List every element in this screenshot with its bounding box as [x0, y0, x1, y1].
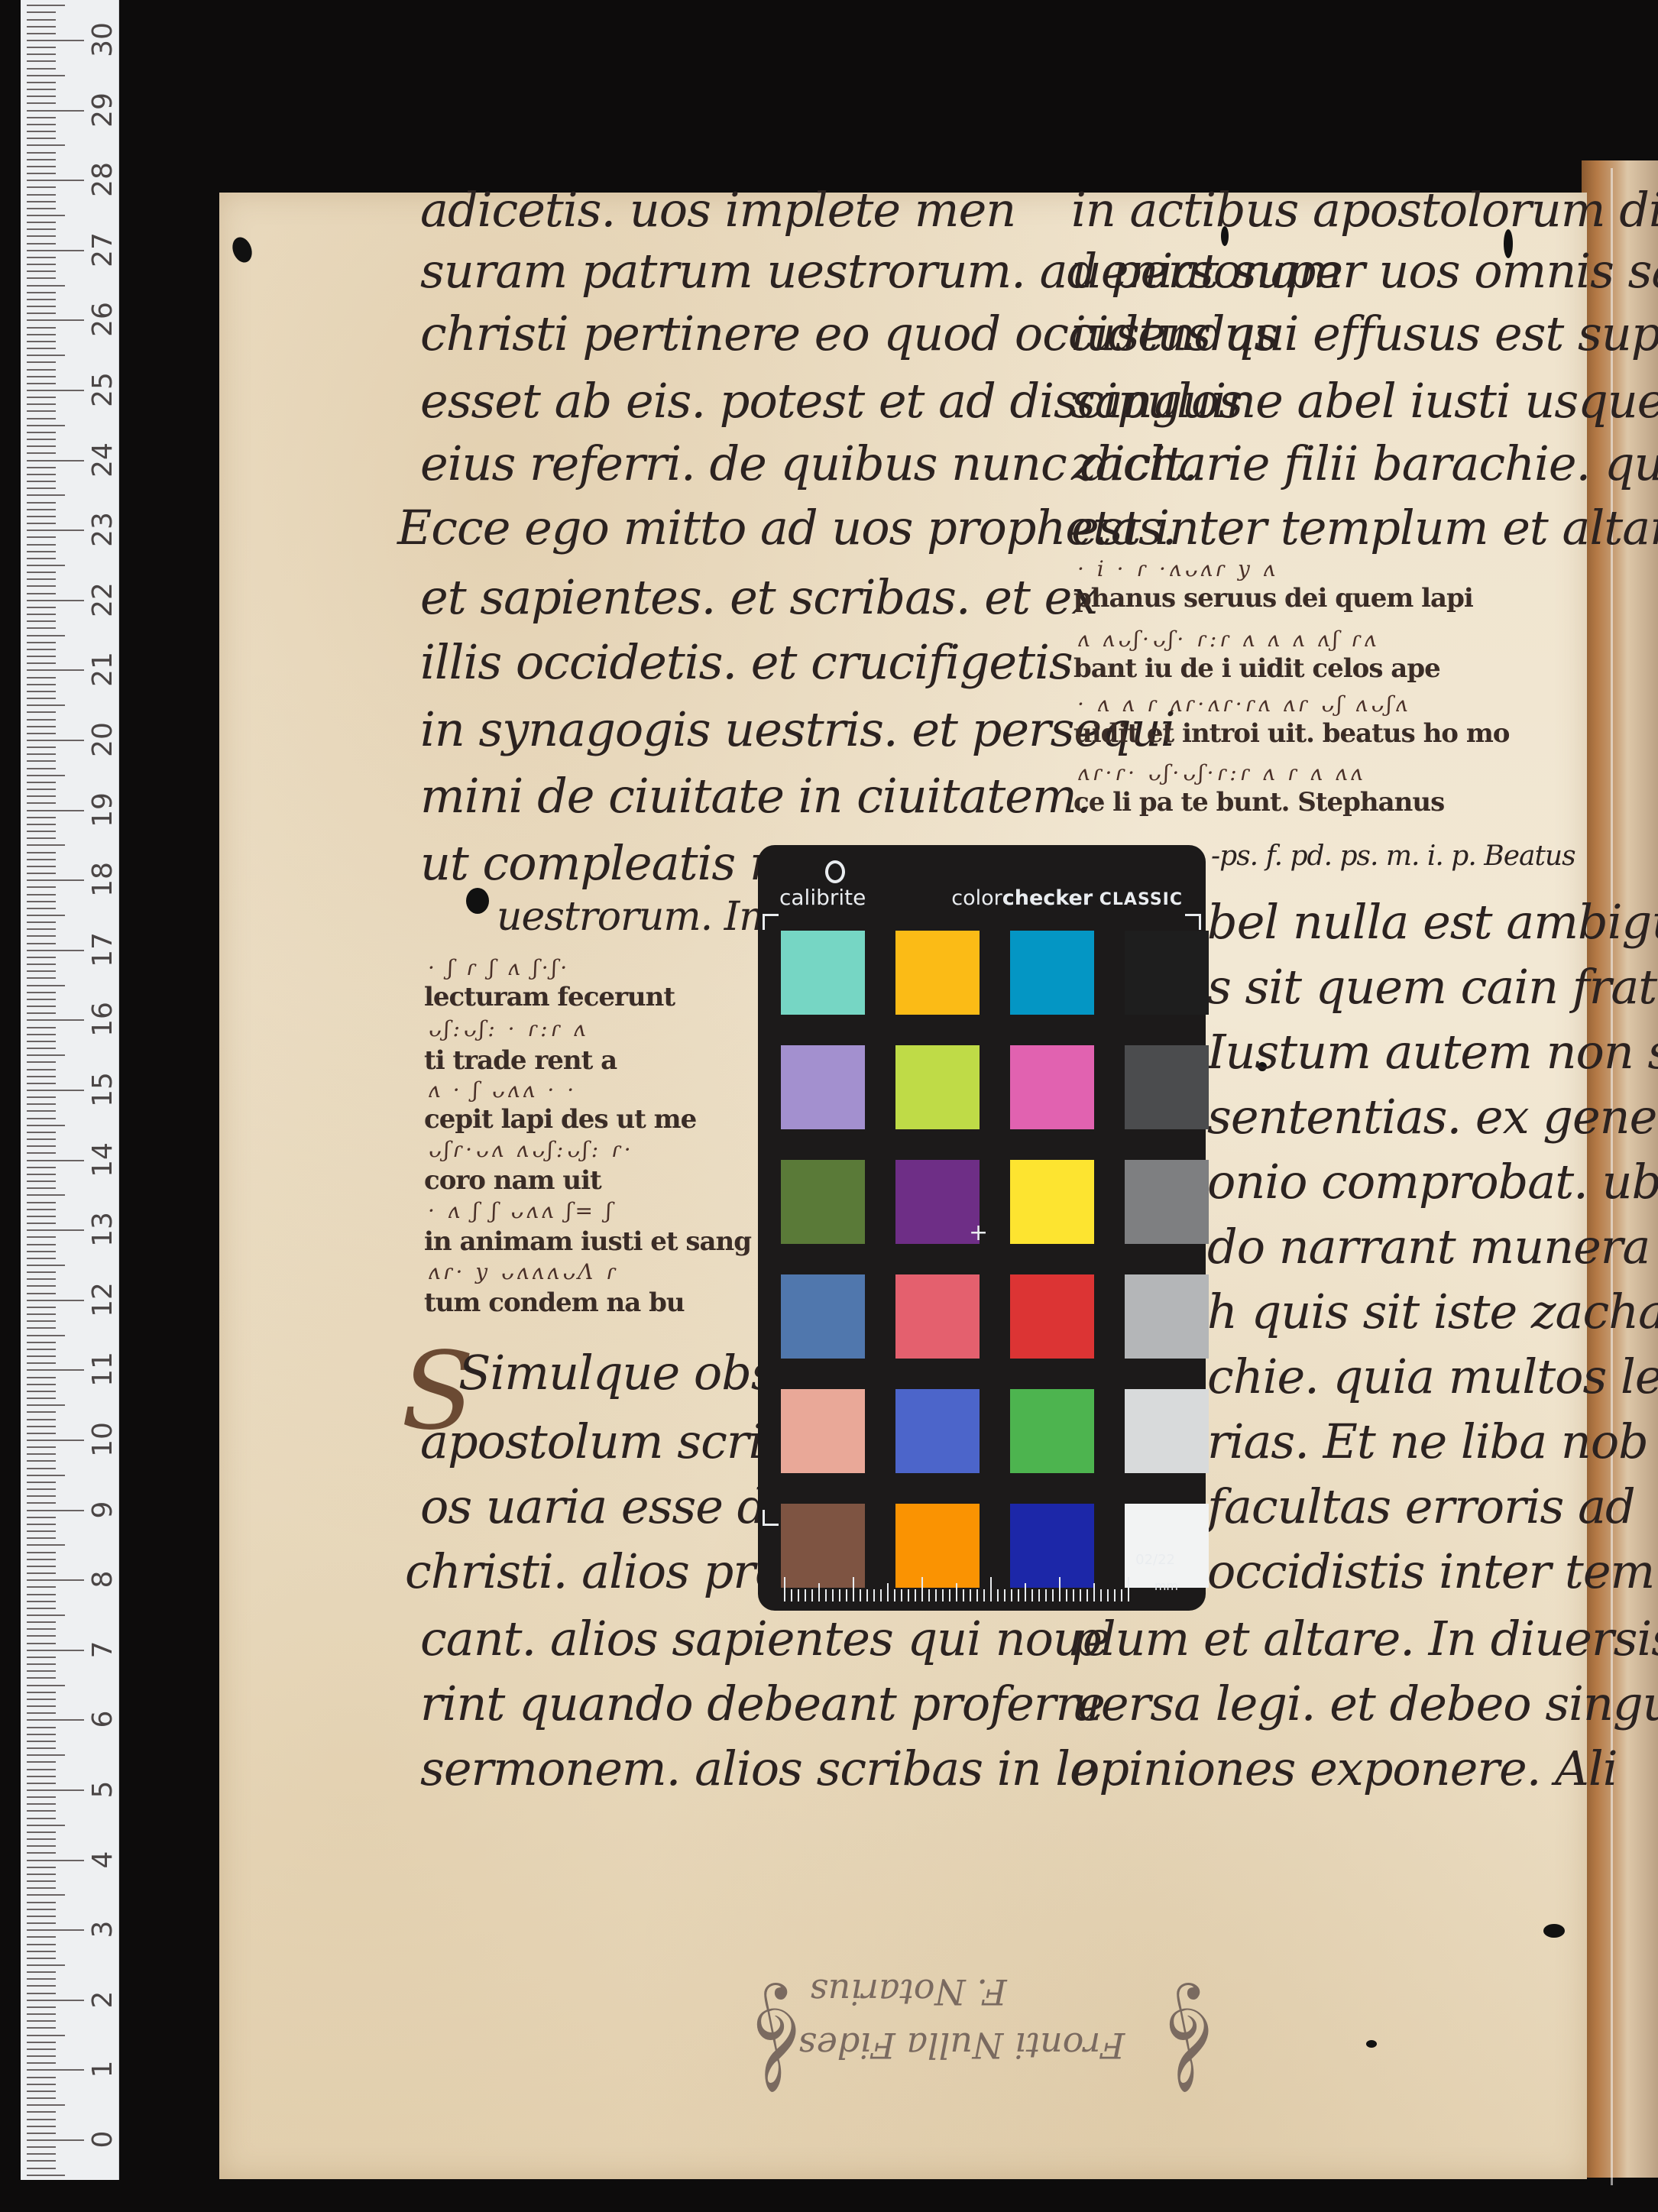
ruler-tick	[27, 1482, 56, 1483]
ruler-tick	[27, 999, 56, 1000]
ruler-tick	[27, 1041, 56, 1042]
ruler-tick	[27, 2042, 56, 2043]
color-swatch	[1125, 1504, 1209, 1588]
mm-tick	[866, 1589, 868, 1602]
ruler-tick	[27, 474, 56, 475]
mm-tick	[832, 1589, 834, 1602]
ruler-tick	[27, 1692, 56, 1693]
ruler-tick	[27, 1285, 56, 1287]
ruler-tick	[27, 1685, 65, 1686]
ruler-tick	[27, 1579, 84, 1581]
ruler-tick	[27, 1012, 56, 1014]
ruler-tick	[27, 620, 56, 622]
ruler-tick	[27, 1705, 56, 1707]
ruler-tick	[27, 1559, 56, 1560]
ruler-tick	[27, 2000, 84, 2001]
ruler-tick	[27, 124, 56, 125]
ruler-tick	[27, 963, 56, 965]
mm-tick	[1100, 1589, 1102, 1602]
ruler-tick	[27, 1061, 56, 1063]
ruler-tick	[27, 397, 56, 398]
chant-line: coro nam uit	[424, 1165, 601, 1196]
ruler-tick	[27, 558, 56, 559]
ruler-tick	[27, 334, 56, 335]
inverted-inscription-line: F. Notarius	[810, 1971, 1007, 2013]
ruler-tick	[27, 201, 56, 202]
page-hole	[466, 888, 489, 914]
ruler-tick	[27, 536, 56, 538]
ruler-tick	[27, 1244, 56, 1245]
ruler-tick	[27, 1524, 56, 1525]
ruler-tick	[27, 649, 56, 650]
treble-clef-doodle: 𝄞	[753, 1987, 807, 2094]
chant-line: ti trade rent a	[424, 1045, 617, 1076]
ruler-tick	[27, 1510, 84, 1511]
ruler-tick	[27, 1468, 56, 1469]
ruler-label: 10	[86, 1417, 120, 1462]
ruler-tick	[27, 1572, 56, 1574]
ruler-tick	[27, 1712, 56, 1714]
ruler-tick	[27, 795, 56, 797]
ruler-tick	[27, 2175, 65, 2176]
ruler-tick	[27, 1818, 56, 1819]
ruler-tick	[27, 292, 56, 293]
ruler-tick	[27, 19, 56, 21]
ruler-tick	[27, 215, 65, 216]
ruler-tick	[27, 1118, 56, 1119]
ruler-tick	[27, 760, 56, 762]
color-swatch	[781, 931, 865, 1015]
ruler-tick	[27, 1796, 56, 1798]
chant-line: uidit et introi uit. beatus ho mo	[1073, 718, 1509, 749]
ruler-tick	[27, 152, 56, 154]
mm-tick	[1011, 1589, 1012, 1602]
ruler-tick	[27, 1608, 56, 1609]
color-swatch	[1125, 1274, 1209, 1359]
ruler-tick	[27, 614, 56, 615]
ruler-tick	[27, 1300, 84, 1301]
ruler-tick	[27, 1229, 84, 1231]
ruler-tick	[27, 1194, 65, 1196]
ruler-tick	[27, 264, 56, 265]
text-line: mini de ciuitate in ciuitatem.	[420, 768, 1090, 824]
ruler-tick	[27, 1727, 56, 1728]
ruler-tick	[27, 1236, 56, 1238]
chant-line: bant iu de i uidit celos ape	[1073, 653, 1440, 684]
ruler-tick	[27, 585, 56, 587]
text-line: bel nulla est ambiguum	[1207, 894, 1658, 950]
mm-tick	[970, 1589, 971, 1602]
ruler-tick	[27, 1426, 56, 1427]
ruler-tick	[27, 1355, 56, 1357]
ruler-tick	[27, 1209, 56, 1210]
ruler-label: 19	[86, 787, 120, 833]
mm-tick	[1031, 1589, 1033, 1602]
mm-tick	[1093, 1583, 1095, 1602]
ruler-tick	[27, 361, 56, 363]
ruler-tick	[27, 879, 84, 881]
ruler-tick	[27, 544, 56, 546]
ruler-label: 1	[86, 2046, 120, 2092]
color-swatch	[1010, 1389, 1094, 1473]
ruler-tick	[27, 627, 56, 629]
ruler-tick	[27, 824, 56, 825]
crop-corner-mark	[763, 1510, 779, 1526]
ruler-tick	[27, 523, 56, 524]
text-line: occidistis inter tem	[1207, 1543, 1654, 1599]
ruler-tick	[27, 943, 56, 944]
ruler-tick	[27, 600, 84, 601]
product-suffix: CLASSIC	[1099, 890, 1183, 909]
ruler-tick	[27, 222, 56, 223]
ruler-tick	[27, 1517, 56, 1518]
ruler-tick	[27, 2097, 56, 2099]
ruler-tick	[27, 390, 84, 391]
neume-notation: ʌ ʌᴗʃ·ᴗʃ· ɾ:ɾ ʌ ʌ ʌ ʌʃ ɾʌ	[1077, 627, 1379, 652]
ruler-tick	[27, 2160, 56, 2162]
ruler-tick	[27, 1894, 65, 1896]
ruler-tick	[27, 957, 56, 958]
ruler-tick	[27, 1475, 65, 1476]
text-line: cant. alios sapientes qui noue	[420, 1611, 1110, 1666]
neume-notation: · ʃ ɾ ʃ ʌ ʃ·ʃ·	[428, 955, 570, 980]
ruler-tick	[27, 1783, 56, 1784]
measurement-ruler: 0123456789101112131415161718192021222324…	[21, 0, 119, 2180]
text-line: zacharie filii barachie. quem oc	[1071, 436, 1658, 491]
color-swatch	[1125, 1160, 1209, 1244]
ruler-tick	[27, 684, 56, 685]
ruler-tick	[27, 1349, 56, 1350]
ruler-tick	[27, 1313, 56, 1315]
ruler-tick	[27, 1048, 56, 1049]
ruler-tick	[27, 40, 84, 41]
ruler-tick	[27, 1019, 84, 1021]
text-line: chie. quia multos legi	[1207, 1349, 1658, 1404]
ruler-tick	[27, 1278, 56, 1280]
mm-tick	[811, 1589, 813, 1602]
ruler-label: 3	[86, 1906, 120, 1952]
color-swatch	[895, 1274, 980, 1359]
ruler-tick	[27, 355, 65, 356]
ruler-tick	[27, 740, 84, 741]
ruler-tick	[27, 327, 56, 329]
ruler-tick	[27, 2139, 84, 2141]
mm-tick	[1045, 1589, 1047, 1602]
ruler-tick	[27, 977, 56, 979]
ruler-tick	[27, 1327, 56, 1329]
ruler-tick	[27, 593, 56, 594]
mm-tick	[942, 1589, 944, 1602]
mm-tick	[839, 1589, 840, 1602]
mm-tick	[1038, 1589, 1040, 1602]
mm-tick	[791, 1589, 792, 1602]
ruler-label: 16	[86, 996, 120, 1042]
ruler-tick	[27, 2168, 56, 2169]
ruler-tick	[27, 2146, 56, 2148]
ruler-tick	[27, 551, 56, 552]
color-checker-card: calibrite colorchecker CLASSIC + 02/22 m…	[758, 845, 1206, 1611]
ruler-tick	[27, 467, 56, 468]
ruler-tick	[27, 1936, 56, 1938]
ruler-label: 20	[86, 717, 120, 763]
ruler-tick	[27, 270, 56, 272]
mm-tick	[880, 1589, 882, 1602]
ruler-label: 11	[86, 1346, 120, 1392]
ruler-tick	[27, 691, 56, 692]
ruler-tick	[27, 1951, 56, 1952]
ruler-tick	[27, 662, 56, 664]
ruler-tick	[27, 1650, 84, 1651]
ruler-tick	[27, 711, 56, 713]
ruler-label: 7	[86, 1627, 120, 1673]
mm-tick	[887, 1583, 889, 1602]
ruler-tick	[27, 1922, 56, 1924]
ruler-tick	[27, 1369, 84, 1371]
mm-tick	[963, 1589, 964, 1602]
mm-tick	[908, 1589, 909, 1602]
ruler-tick	[27, 1993, 56, 1994]
ruler-tick	[27, 509, 56, 510]
ruler-tick	[27, 886, 56, 888]
ruler-tick	[27, 1404, 65, 1406]
text-line: uersa legi. et debeo singul	[1071, 1676, 1658, 1731]
mm-tick	[860, 1589, 861, 1602]
ruler-tick	[27, 635, 65, 636]
ruler-tick	[27, 313, 56, 314]
text-line: plum et altare. In diuersis c	[1071, 1611, 1658, 1666]
ruler-tick	[27, 677, 56, 678]
ruler-tick	[27, 2035, 65, 2036]
ruler-tick	[27, 250, 84, 251]
ruler-tick	[27, 656, 56, 657]
ruler-tick	[27, 921, 56, 923]
ruler-tick	[27, 2153, 56, 2155]
ruler-tick	[27, 173, 56, 174]
ruler-label: 29	[86, 87, 120, 133]
scale-unit: mm	[1154, 1579, 1178, 1593]
ruler-tick	[27, 319, 84, 321]
ruler-tick	[27, 5, 65, 6]
ruler-tick	[27, 2091, 56, 2092]
ruler-label: 25	[86, 367, 120, 413]
chant-line: phanus seruus dei quem lapi	[1073, 583, 1473, 614]
ruler-tick	[27, 341, 56, 342]
ruler-tick	[27, 719, 56, 721]
ruler-tick	[27, 698, 56, 699]
mm-tick	[798, 1589, 799, 1602]
ruler-tick	[27, 11, 56, 13]
mm-tick	[997, 1589, 999, 1602]
ruler-tick	[27, 1657, 56, 1658]
ruler-tick	[27, 915, 65, 916]
text-line: opiniones exponere. Ali	[1071, 1741, 1618, 1796]
ruler-tick	[27, 775, 65, 776]
ruler-tick	[27, 1411, 56, 1413]
mm-tick	[1018, 1589, 1019, 1602]
ruler-tick	[27, 1964, 65, 1966]
color-swatch	[895, 931, 980, 1015]
ruler-tick	[27, 852, 56, 853]
mm-tick	[901, 1589, 902, 1602]
mm-tick	[1073, 1589, 1074, 1602]
ruler-tick	[27, 908, 56, 909]
mm-tick	[846, 1589, 847, 1602]
ruler-tick	[27, 1985, 56, 1987]
color-swatch	[895, 1045, 980, 1129]
color-swatch	[1010, 1274, 1094, 1359]
mm-tick	[983, 1589, 985, 1602]
ruler-tick	[27, 1601, 56, 1602]
ruler-tick	[27, 1006, 56, 1007]
mm-tick	[990, 1577, 992, 1602]
ruler-tick	[27, 1747, 56, 1749]
text-line: rias. Et ne liba nob	[1207, 1414, 1648, 1469]
ruler-tick	[27, 1342, 56, 1343]
ruler-tick	[27, 75, 65, 76]
neume-notation: ʌ · ʃ ᴗʌʌ · ·	[428, 1077, 577, 1103]
mm-tick	[1004, 1589, 1005, 1602]
ruler-tick	[27, 1971, 56, 1973]
ruler-tick	[27, 1069, 56, 1070]
mm-tick	[1128, 1577, 1129, 1602]
ruler-label: 4	[86, 1837, 120, 1883]
ruler-tick	[27, 2062, 56, 2064]
ruler-tick	[27, 403, 56, 405]
ruler-tick	[27, 1566, 56, 1567]
mm-tick	[921, 1577, 923, 1602]
ruler-tick	[27, 901, 56, 902]
ruler-tick	[27, 747, 56, 748]
ruler-tick	[27, 844, 65, 846]
ruler-tick	[27, 1544, 65, 1546]
ruler-tick	[27, 432, 56, 433]
page-hole	[1366, 2040, 1377, 2048]
ruler-tick	[27, 1440, 84, 1441]
ruler-tick	[27, 1446, 56, 1448]
color-swatch	[1010, 1045, 1094, 1129]
ruler-tick	[27, 82, 56, 83]
crop-corner-mark	[763, 914, 779, 930]
ruler-tick	[27, 1495, 56, 1497]
center-cross-icon: +	[969, 1219, 988, 1246]
ruler-label: 22	[86, 577, 120, 623]
ruler-tick	[27, 383, 56, 384]
ruler-tick	[27, 1377, 56, 1378]
ruler-tick	[27, 2006, 56, 2008]
ruler-tick	[27, 2027, 56, 2029]
mm-tick	[1114, 1589, 1116, 1602]
ruler-label: 8	[86, 1556, 120, 1602]
ruler-tick	[27, 1635, 56, 1637]
ruler-tick	[27, 837, 56, 839]
ruler-tick	[27, 1258, 56, 1259]
ruler-tick	[27, 26, 56, 28]
ruler-tick	[27, 418, 56, 419]
color-swatch	[1125, 931, 1209, 1015]
ruler-tick	[27, 810, 84, 811]
ruler-label: 9	[86, 1487, 120, 1533]
chant-line: cepit lapi des ut me	[424, 1104, 696, 1135]
text-line: est inter templum et altare.	[1071, 500, 1658, 555]
ruler-tick	[27, 1335, 65, 1336]
mm-tick	[1052, 1589, 1054, 1602]
color-swatch	[895, 1160, 980, 1244]
text-line: Iustum autem non solum nume	[1207, 1024, 1658, 1080]
color-swatch	[781, 1045, 865, 1129]
ruler-tick	[27, 208, 56, 209]
ruler-tick	[27, 1643, 56, 1644]
ruler-tick	[27, 481, 56, 482]
ruler-tick	[27, 950, 84, 951]
ruler-tick	[27, 186, 56, 188]
ruler-tick	[27, 439, 56, 440]
ruler-tick	[27, 1167, 56, 1168]
ruler-tick	[27, 102, 56, 104]
ruler-tick	[27, 1909, 56, 1910]
mm-tick	[1025, 1583, 1026, 1602]
ruler-tick	[27, 985, 65, 986]
ruler-tick	[27, 873, 56, 874]
neume-notation: · i · ɾ ·ʌᴗʌɾ y ʌ	[1077, 556, 1278, 581]
mm-tick	[1059, 1577, 1061, 1602]
ruler-tick	[27, 1384, 56, 1385]
ruler-tick	[27, 1174, 56, 1175]
ruler-tick	[27, 1874, 56, 1875]
mm-tick	[805, 1589, 806, 1602]
inverted-inscription-line: Fronti Nulla Fides	[798, 2025, 1125, 2066]
text-line: ueniat super uos omnis sangui	[1071, 243, 1658, 299]
ruler-tick	[27, 1391, 56, 1392]
ruler-tick	[27, 47, 56, 48]
ruler-label: 13	[86, 1206, 120, 1252]
ruler-tick	[27, 516, 56, 517]
ruler-tick	[27, 1734, 56, 1735]
ruler-tick	[27, 96, 56, 97]
ruler-tick	[27, 802, 56, 804]
ruler-tick	[27, 2048, 56, 2050]
ruler-tick	[27, 1860, 84, 1861]
calibrite-logo-icon	[825, 860, 845, 883]
ruler-tick	[27, 1307, 56, 1308]
mm-tick	[894, 1589, 895, 1602]
ruler-label: 15	[86, 1067, 120, 1112]
ruler-tick	[27, 530, 84, 531]
ruler-tick	[27, 1502, 56, 1504]
ruler-tick	[27, 1265, 65, 1266]
page-hole	[1543, 1924, 1565, 1938]
ruler-tick	[27, 1880, 56, 1882]
ruler-label: 30	[86, 17, 120, 63]
ruler-tick	[27, 1362, 56, 1364]
neume-notation: ʌɾ·ɾ· ᴗʃ·ᴗʃ·ɾ:ɾ ʌ ɾ ʌ ʌʌ	[1077, 760, 1365, 785]
ruler-tick	[27, 642, 56, 643]
neume-notation: · ʌ ʌ ɾ ʌɾ·ʌɾ·ɾʌ ʌɾ ᴗʃ ʌᴗʃʌ	[1077, 691, 1410, 717]
treble-clef-doodle: 𝄞	[1165, 1987, 1219, 2094]
ruler-tick	[27, 2077, 56, 2078]
ruler-label: 27	[86, 227, 120, 273]
ruler-label: 28	[86, 157, 120, 202]
ruler-label: 2	[86, 1977, 120, 2023]
ruler-tick	[27, 1216, 56, 1217]
brand-label: calibrite	[779, 885, 866, 910]
ruler-tick	[27, 1103, 56, 1105]
ruler-tick	[27, 487, 56, 489]
ruler-tick	[27, 1537, 56, 1539]
product-prefix: color	[951, 886, 1002, 910]
color-swatch	[781, 1389, 865, 1473]
ruler-tick	[27, 235, 56, 237]
ruler-tick	[27, 53, 56, 55]
